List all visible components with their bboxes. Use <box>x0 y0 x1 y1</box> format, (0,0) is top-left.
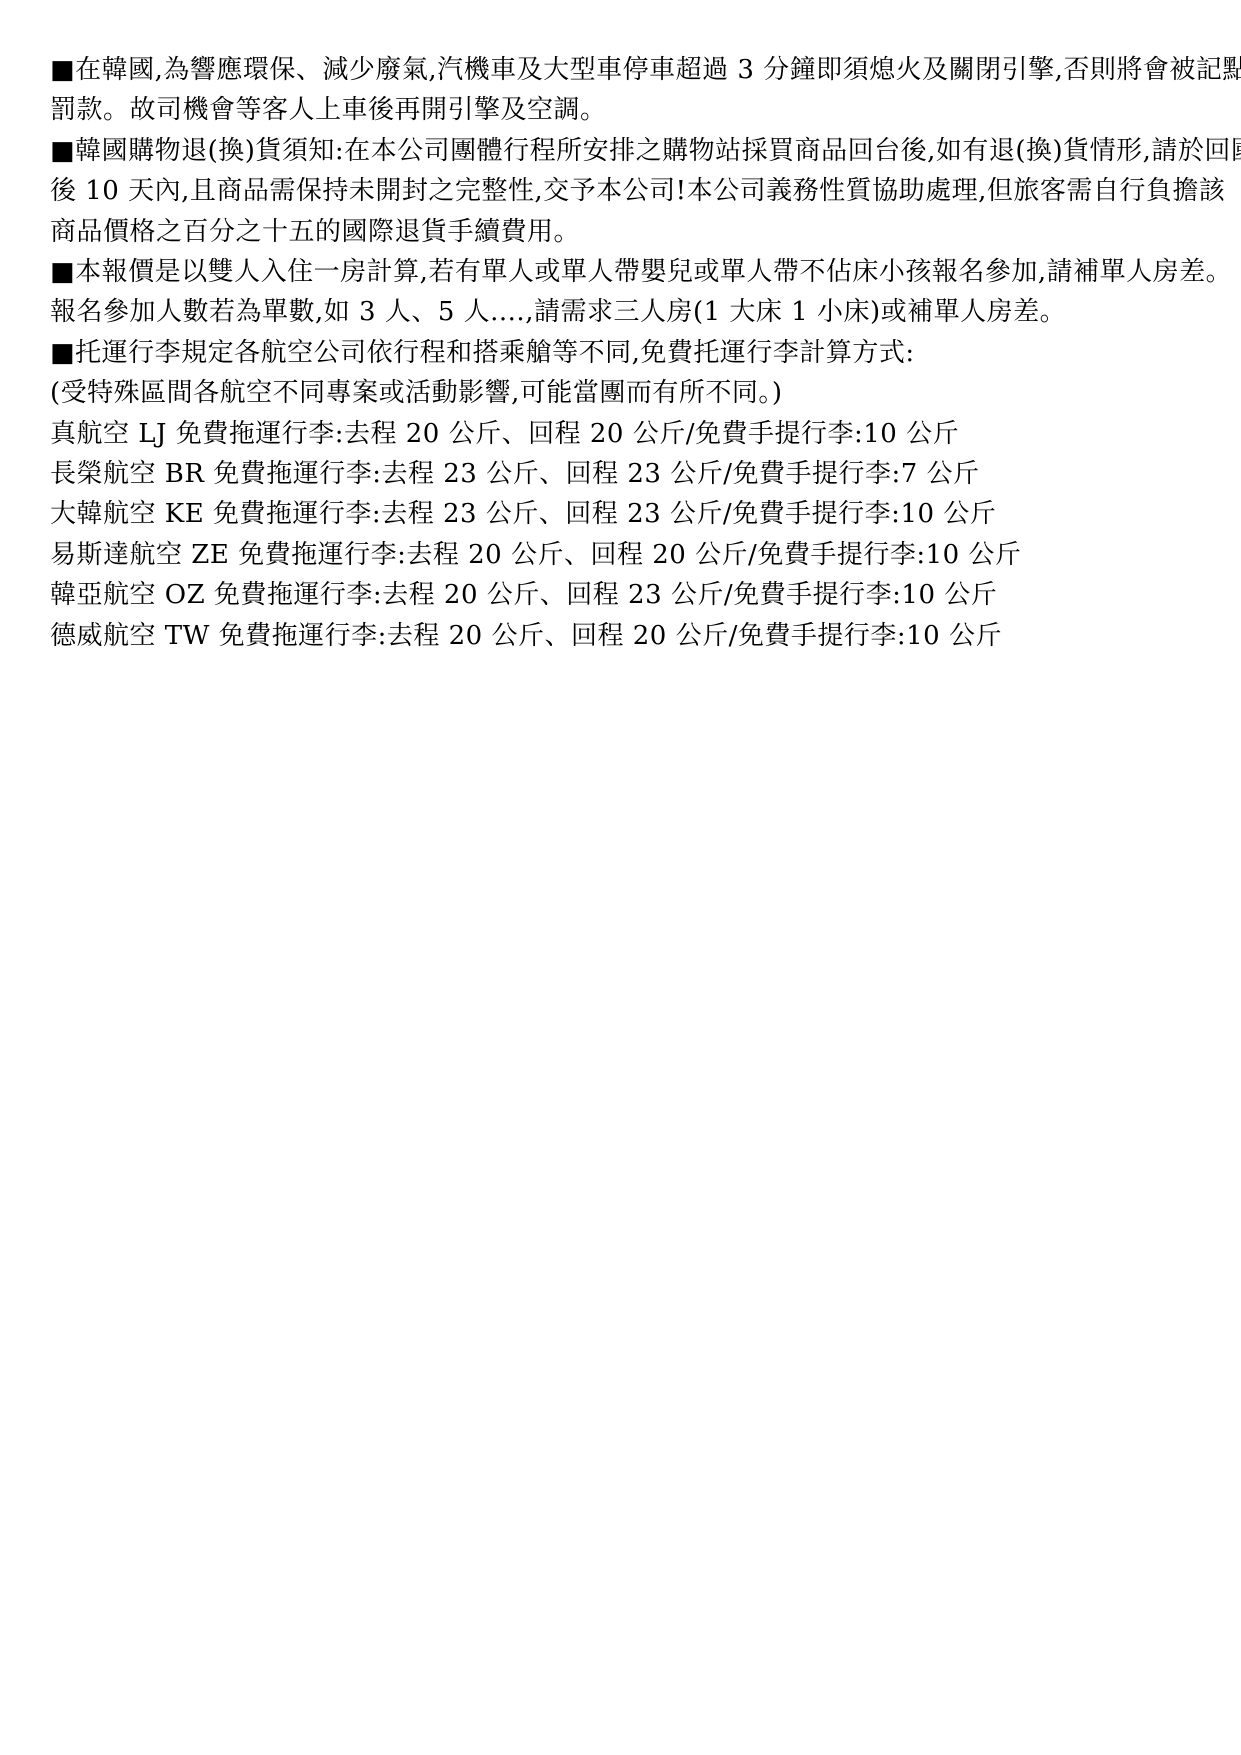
text-line-refund-policy-2: 後 10 天內,且商品需保持未開封之完整性,交予本公司!本公司義務性質協助處理,… <box>50 171 1200 211</box>
text-line-engine-rule-1: ■在韓國,為響應環保、減少廢氣,汽機車及大型車停車超過 3 分鐘即須熄火及關閉引… <box>50 50 1200 90</box>
text-line-baggage-jinair-lj: 真航空 LJ 免費拖運行李:去程 20 公斤、回程 20 公斤/免費手提行李:1… <box>50 414 1200 454</box>
text-line-refund-policy-1: ■韓國購物退(換)貨須知:在本公司團體行程所安排之購物站採買商品回台後,如有退(… <box>50 131 1200 171</box>
text-line-baggage-disclaimer: (受特殊區間各航空不同專案或活動影響,可能當團而有所不同。) <box>50 373 1200 413</box>
text-line-baggage-eva-br: 長榮航空 BR 免費拖運行李:去程 23 公斤、回程 23 公斤/免費手提行李:… <box>50 454 1200 494</box>
text-line-baggage-intro: ■托運行李規定各航空公司依行程和搭乘艙等不同,免費托運行李計算方式: <box>50 333 1200 373</box>
text-line-refund-policy-3: 商品價格之百分之十五的國際退貨手續費用。 <box>50 212 1200 252</box>
text-line-baggage-tway-tw: 德威航空 TW 免費拖運行李:去程 20 公斤、回程 20 公斤/免費手提行李:… <box>50 616 1200 656</box>
text-line-baggage-eastar-ze: 易斯達航空 ZE 免費拖運行李:去程 20 公斤、回程 20 公斤/免費手提行李… <box>50 535 1200 575</box>
text-line-room-pricing-2: 報名參加人數若為單數,如 3 人、5 人....,請需求三人房(1 大床 1 小… <box>50 292 1200 332</box>
text-line-engine-rule-2: 罰款。故司機會等客人上車後再開引擎及空調。 <box>50 90 1200 130</box>
document-body: ■在韓國,為響應環保、減少廢氣,汽機車及大型車停車超過 3 分鐘即須熄火及關閉引… <box>50 50 1200 656</box>
document-page: ■在韓國,為響應環保、減少廢氣,汽機車及大型車停車超過 3 分鐘即須熄火及關閉引… <box>0 0 1241 1755</box>
text-line-room-pricing-1: ■本報價是以雙人入住一房計算,若有單人或單人帶嬰兒或單人帶不佔床小孩報名參加,請… <box>50 252 1200 292</box>
text-line-baggage-asiana-oz: 韓亞航空 OZ 免費拖運行李:去程 20 公斤、回程 23 公斤/免費手提行李:… <box>50 575 1200 615</box>
text-line-baggage-koreanair-ke: 大韓航空 KE 免費拖運行李:去程 23 公斤、回程 23 公斤/免費手提行李:… <box>50 494 1200 534</box>
